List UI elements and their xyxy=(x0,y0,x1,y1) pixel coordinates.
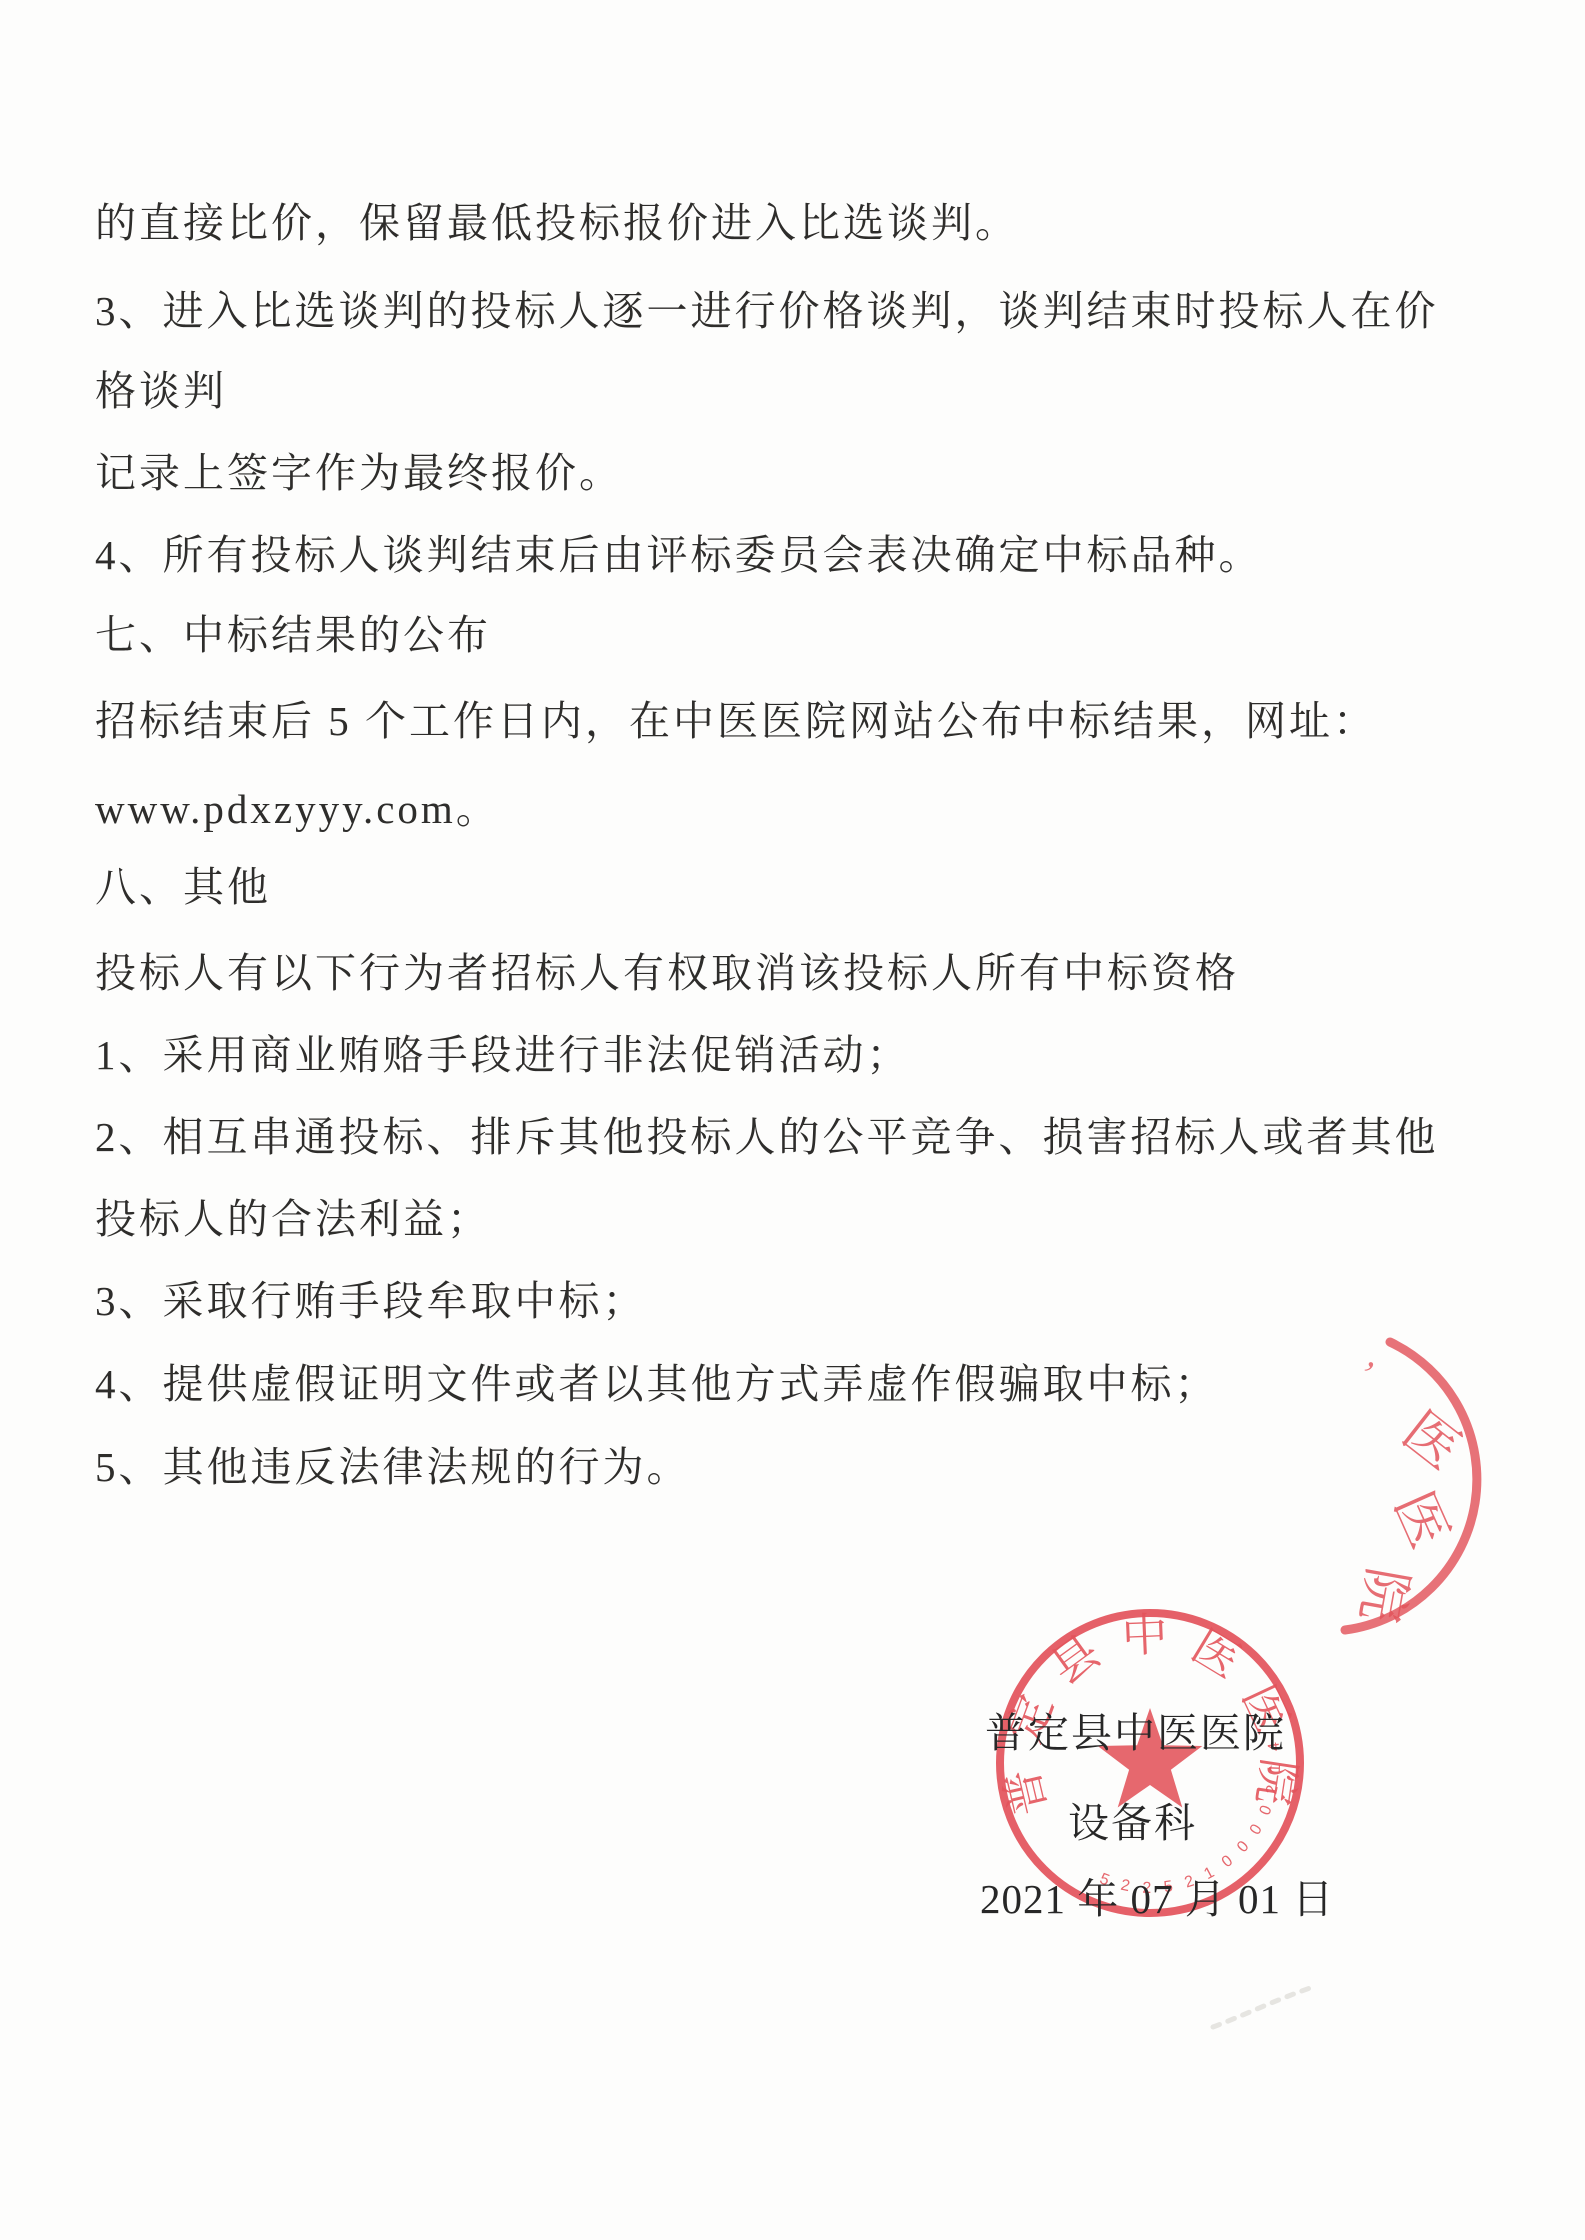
text-line: 1、采用商业贿赂手段进行非法促销活动； xyxy=(95,1032,911,1079)
text-line: 格谈判 xyxy=(95,368,227,415)
text-line: 3、采取行贿手段牟取中标； xyxy=(95,1278,647,1325)
text-line: 七、中标结果的公布 xyxy=(95,612,491,659)
text-line: 记录上签字作为最终报价。 xyxy=(95,450,623,497)
text-line: 八、其他 xyxy=(95,864,271,911)
text-line: 3、进入比选谈判的投标人逐一进行价格谈判，谈判结束时投标人在价 xyxy=(95,288,1439,335)
text-line: 投标人有以下行为者招标人有权取消该投标人所有中标资格 xyxy=(95,950,1239,997)
signature-dept: 设备科 xyxy=(1068,1790,1197,1849)
text-line: www.pdxzyyy.com。 xyxy=(95,786,500,833)
partial-stamp-char: 医 xyxy=(1383,1483,1460,1557)
text-line: 4、提供虚假证明文件或者以其他方式弄虚作假骗取中标； xyxy=(95,1361,1219,1408)
text-line: 的直接比价，保留最低投标报价进入比选谈判。 xyxy=(95,200,1019,247)
scan-smudge xyxy=(1195,1965,1355,2055)
signature-date: 2021 年 07 月 01 日 xyxy=(980,1866,1334,1925)
text-line: 2、相互串通投标、排斥其他投标人的公平竞争、损害招标人或者其他 xyxy=(95,1114,1439,1161)
text-line: 5、其他违反法律法规的行为。 xyxy=(95,1444,691,1491)
text-line: 4、所有投标人谈判结束后由评标委员会表决确定中标品种。 xyxy=(95,532,1263,579)
document-page: 的直接比价，保留最低投标报价进入比选谈判。 3、进入比选谈判的投标人逐一进行价格… xyxy=(0,0,1585,2240)
partial-round-stamp-icon: 医 医 院 ， xyxy=(1156,1310,1496,1650)
text-line: 招标结束后 5 个工作日内，在中医医院网站公布中标结果，网址： xyxy=(95,698,1377,745)
text-line: 投标人的合法利益； xyxy=(95,1196,491,1243)
signature-org: 普定县中医医院 xyxy=(985,1700,1286,1759)
partial-stamp-char: 院 xyxy=(1349,1563,1417,1627)
